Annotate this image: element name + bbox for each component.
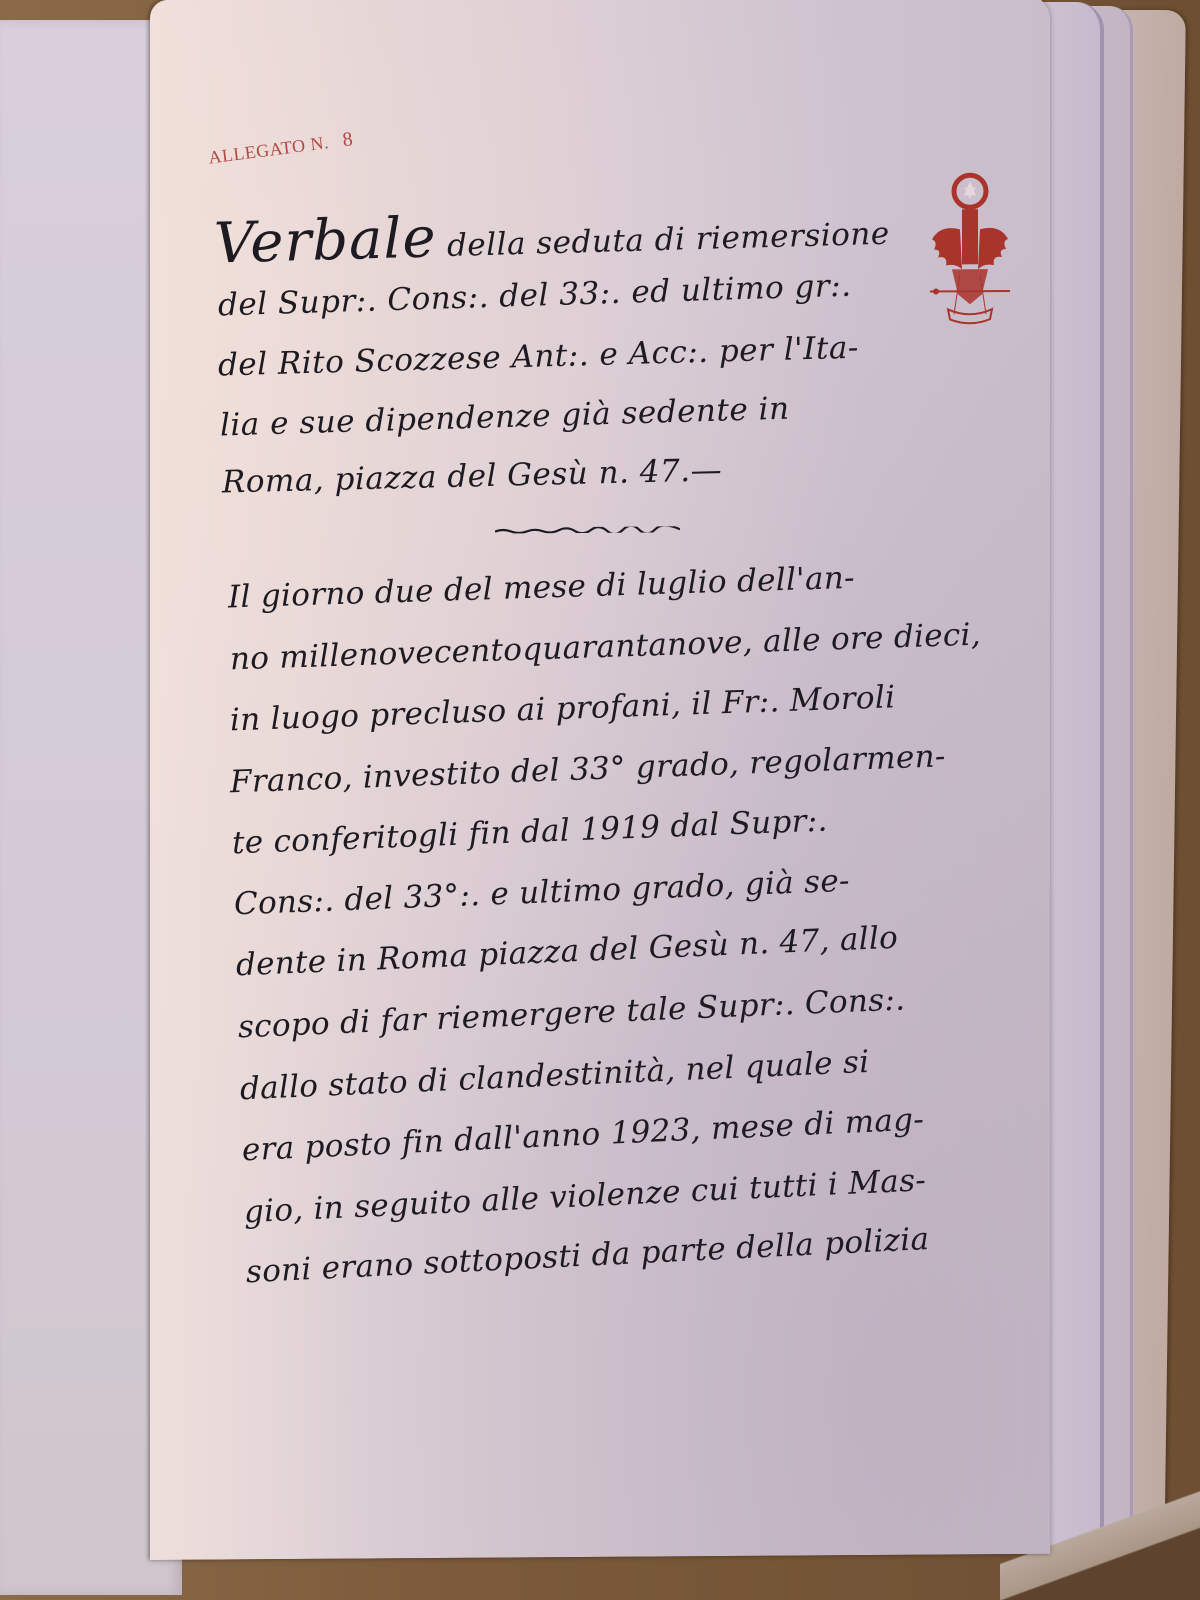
title-line-1: Verbale della seduta di riemersione bbox=[213, 193, 890, 277]
title-line-4: lia e sue dipendenze già sedente in bbox=[220, 391, 790, 444]
body-line: soni erano sottoposti da parte della pol… bbox=[245, 1221, 930, 1290]
wavy-divider bbox=[495, 526, 680, 533]
body-line: era posto fin dall'anno 1923, mese di ma… bbox=[241, 1101, 924, 1168]
title-line-3: del Rito Scozzese Ant:. e Acc:. per l'It… bbox=[218, 330, 860, 384]
double-headed-eagle-seal-icon bbox=[930, 169, 1010, 335]
body-line: gio, in seguito alle violenze cui tutti … bbox=[243, 1162, 926, 1230]
title-text: della seduta di riemersione bbox=[447, 216, 890, 264]
body-line: Franco, investito del 33° grado, regolar… bbox=[229, 738, 946, 800]
attachment-label: ALLEGATO N.8 bbox=[207, 128, 354, 170]
title-line-5: Roma, piazza del Gesù n. 47.— bbox=[222, 452, 723, 500]
body-line: Il giorno due del mese di luglio dell'an… bbox=[228, 560, 856, 616]
title-first-word: Verbale bbox=[213, 205, 437, 276]
body-line: Cons:. del 33°:. e ultimo grado, già se- bbox=[233, 863, 850, 923]
attachment-label-text: ALLEGATO N. bbox=[207, 132, 330, 167]
body-line: te conferitogli fin dal 1919 dal Supr:. bbox=[231, 803, 828, 862]
title-line-2: del Supr:. Cons:. del 33:. ed ultimo gr:… bbox=[218, 268, 852, 324]
photo-scene: ALLEGATO N.8 Verbale della seduta di rie… bbox=[0, 0, 1200, 1600]
body-line: dallo stato di clandestinità, nel quale … bbox=[239, 1044, 870, 1107]
body-line: no millenovecentoquarantanove, alle ore … bbox=[230, 617, 982, 678]
body-line: dente in Roma piazza del Gesù n. 47, all… bbox=[235, 920, 898, 984]
document-page: ALLEGATO N.8 Verbale della seduta di rie… bbox=[150, 0, 1050, 1560]
body-line: scopo di far riemergere tale Supr:. Cons… bbox=[237, 981, 905, 1045]
body-line: in luogo precluso ai profani, il Fr:. Mo… bbox=[229, 679, 895, 738]
attachment-number: 8 bbox=[341, 128, 354, 151]
